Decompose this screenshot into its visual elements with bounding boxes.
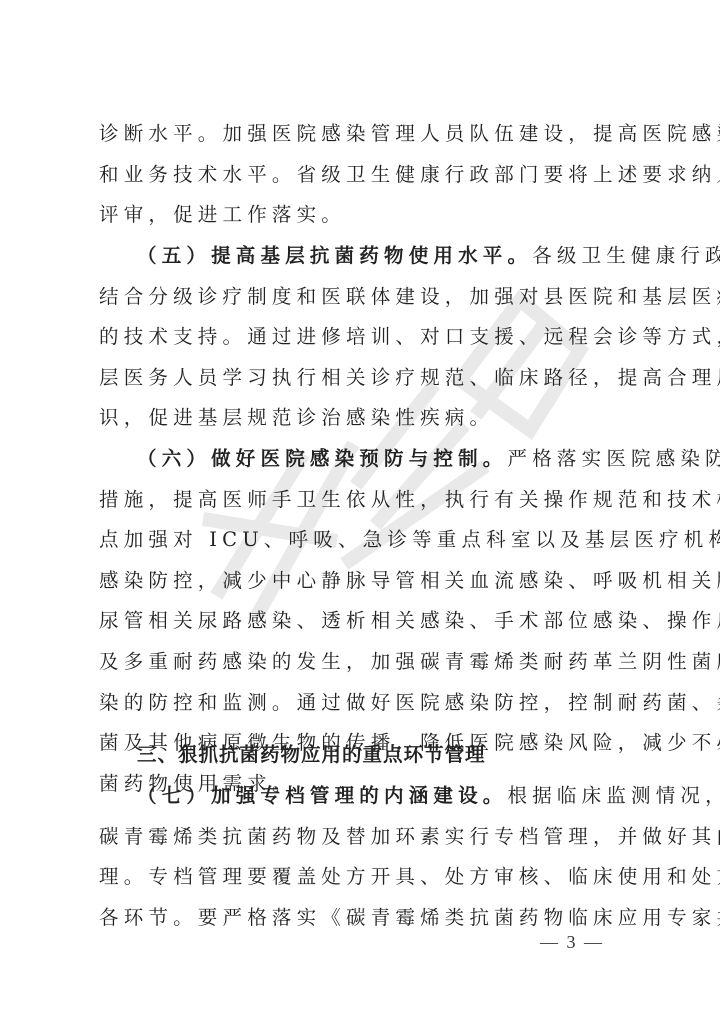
text-line: 评审，促进工作落实。 [99, 200, 639, 230]
section-heading-3: 三、狠抓抗菌药物应用的重点环节管理 [137, 740, 639, 770]
page-number: — 3 — [540, 932, 604, 953]
section-7-first-line: （七）加强专档管理的内涵建设。根据临床监测情况，继续对 [137, 781, 639, 811]
section-5-first-line: （五）提高基层抗菌药物使用水平。各级卫生健康行政部门要 [137, 241, 639, 271]
section-7-title: （七）加强专档管理的内涵建设。 [137, 784, 508, 807]
text-line: 层医务人员学习执行相关诊疗规范、临床路径，提高合理用药意 [99, 363, 639, 393]
text-line: 的技术支持。通过进修培训、对口支援、远程会诊等方式，指导基 [99, 322, 639, 352]
section-6-first-line: （六）做好医院感染预防与控制。严格落实医院感染防控基础 [137, 444, 639, 474]
text-line: 碳青霉烯类抗菌药物及替加环素实行专档管理，并做好其内涵管 [99, 822, 639, 852]
text-line: 及多重耐药感染的发生，加强碳青霉烯类耐药革兰阴性菌所致感 [99, 647, 639, 677]
text-line: 染的防控和监测。通过做好医院感染防控，控制耐药菌、条件致病 [99, 688, 639, 718]
text-line: 感染防控，减少中心静脉导管相关血流感染、呼吸机相关肺炎、导 [99, 566, 639, 596]
text-line: 结合分级诊疗制度和医联体建设，加强对县医院和基层医疗机构 [99, 282, 639, 312]
document-page: 诊断水平。加强医院感染管理人员队伍建设，提高医院感染管理 和业务技术水平。省级卫… [0, 0, 720, 1013]
text-line: 点加强对 ICU、呼吸、急诊等重点科室以及基层医疗机构的医院 [99, 525, 639, 555]
section-5-title: （五）提高基层抗菌药物使用水平。 [137, 244, 532, 267]
section-6-title: （六）做好医院感染预防与控制。 [137, 447, 508, 470]
text-line: 理。专档管理要覆盖处方开具、处方审核、临床使用和处方点评等 [99, 862, 639, 892]
text-line: 诊断水平。加强医院感染管理人员队伍建设，提高医院感染管理 [99, 119, 639, 149]
text-line: 措施，提高医师手卫生依从性，执行有关操作规范和技术标准。重 [99, 485, 639, 515]
text-line: 尿管相关尿路感染、透析相关感染、手术部位感染、操作后肺炎以 [99, 606, 639, 636]
text-line: 各环节。要严格落实《碳青霉烯类抗菌药物临床应用专家共识》 [99, 903, 639, 933]
text-line: 识，促进基层规范诊治感染性疾病。 [99, 403, 639, 433]
text-line: 和业务技术水平。省级卫生健康行政部门要将上述要求纳入医院 [99, 160, 639, 190]
